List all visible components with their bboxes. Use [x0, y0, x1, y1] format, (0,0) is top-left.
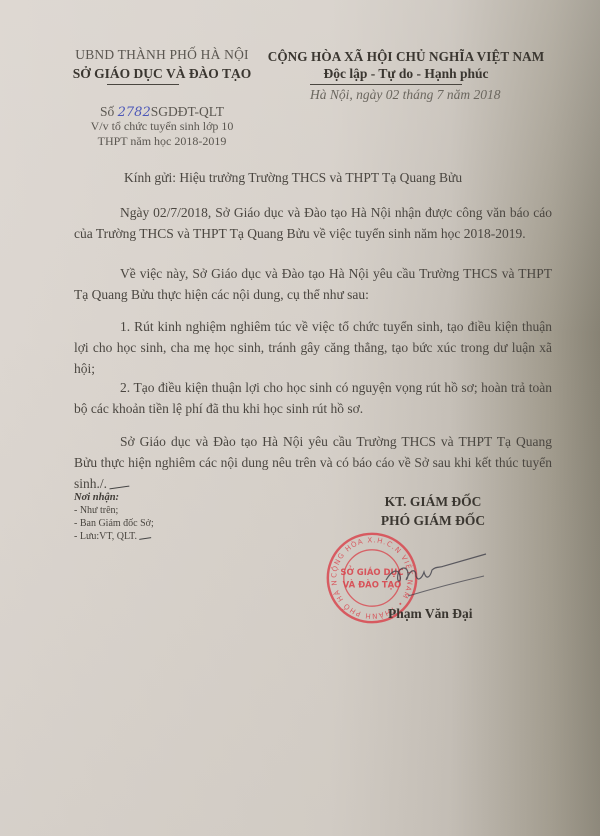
body-paragraph-item-1: 1. Rút kinh nghiệm nghiêm túc về việc tổ…: [74, 316, 552, 379]
signatory-title-line-1: KT. GIÁM ĐỐC: [368, 494, 498, 510]
signatory-title-line-2: PHÓ GIÁM ĐỐC: [368, 513, 498, 529]
handwritten-tick-mark: [109, 480, 130, 490]
closing-text: Sở Giáo dục và Đào tạo Hà Nội yêu cầu Tr…: [74, 434, 552, 491]
national-motto: Độc lập - Tự do - Hạnh phúc: [256, 66, 556, 82]
national-title: CỘNG HÒA XÃ HỘI CHỦ NGHĨA VIỆT NAM: [256, 49, 556, 65]
doc-number-suffix: SGDĐT-QLT: [151, 104, 224, 119]
recipient-item: - Ban Giám đốc Sở;: [74, 518, 154, 529]
department-underline: [107, 84, 179, 85]
document-number: Số 2782SGDĐT-QLT: [64, 104, 260, 120]
recipient-item-text: - Lưu:VT, QLT.: [74, 531, 137, 542]
body-paragraph: Về việc này, Sở Giáo dục và Đào tạo Hà N…: [74, 263, 552, 305]
handwritten-signature-icon: [378, 552, 488, 602]
motto-underline: [310, 84, 462, 85]
place-and-date: Hà Nội, ngày 02 tháng 7 năm 2018: [310, 87, 501, 103]
subject-line-2: THPT năm học 2018-2019: [64, 134, 260, 149]
doc-number-prefix: Số: [100, 104, 114, 119]
issuing-department: SỞ GIÁO DỤC VÀ ĐÀO TẠO: [64, 66, 260, 82]
recipients-title: Nơi nhận:: [74, 492, 119, 503]
addressee: Kính gửi: Hiệu trưởng Trường THCS và THP…: [124, 170, 462, 186]
subject-line-1: V/v tổ chức tuyển sinh lớp 10: [64, 119, 260, 134]
handwritten-tick-mark: [139, 534, 151, 540]
body-paragraph-item-2: 2. Tạo điều kiện thuận lợi cho học sinh …: [74, 377, 552, 419]
body-paragraph-closing: Sở Giáo dục và Đào tạo Hà Nội yêu cầu Tr…: [74, 431, 552, 494]
body-paragraph: Ngày 02/7/2018, Sở Giáo dục và Đào tạo H…: [74, 202, 552, 244]
issuing-agency: UBND THÀNH PHỐ HÀ NỘI: [64, 47, 260, 63]
doc-number-handwritten: 2782: [118, 105, 151, 120]
recipient-item: - Lưu:VT, QLT.: [74, 531, 151, 542]
signer-name: Phạm Văn Đại: [388, 606, 473, 622]
recipient-item: - Như trên;: [74, 505, 118, 516]
